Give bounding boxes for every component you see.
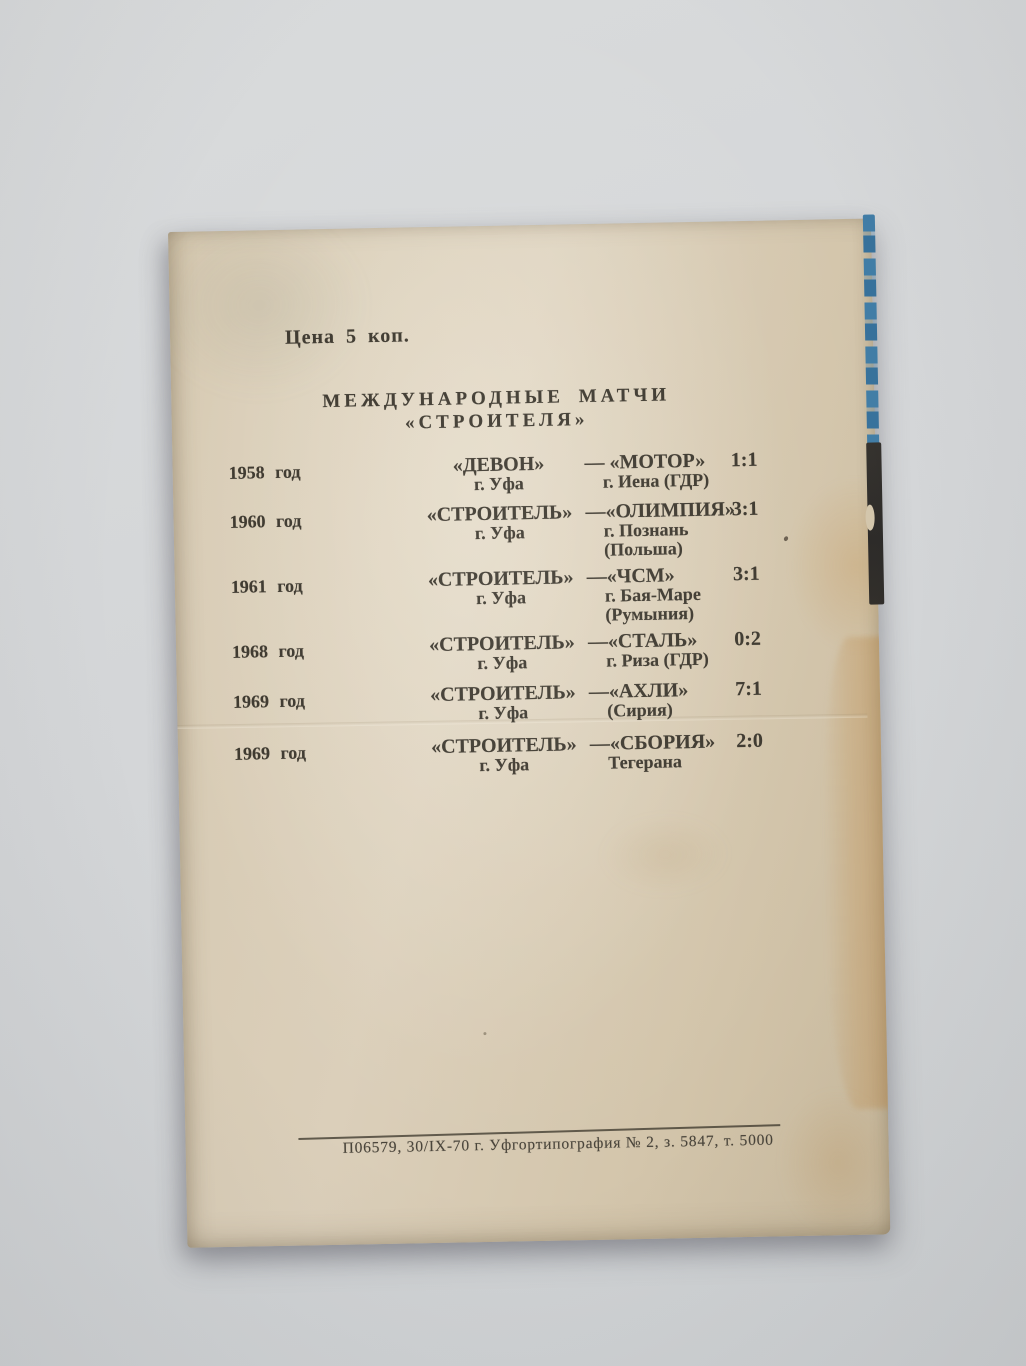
match-year: 1960 год [229, 511, 301, 531]
match-year: 1968 год [232, 641, 304, 661]
match-year: 1958 год [228, 463, 300, 483]
match-year: 1961 год [231, 576, 303, 596]
match-row: 1969 год «СТРОИТЕЛЬ» г. Уфа —«АХЛИ» (Сир… [177, 678, 837, 691]
match-score: 3:1 [700, 500, 758, 520]
match-score: 1:1 [699, 451, 757, 471]
match-score: 3:1 [702, 565, 760, 585]
guest-team-city: (Сирия) [589, 698, 774, 721]
guest-team-lines: г. Бая-Маре(Румыния) [587, 583, 773, 625]
match-row: 1960 год «СТРОИТЕЛЬ» г. Уфа —«ОЛИМПИЯ» г… [173, 498, 833, 511]
home-team: «СТРОИТЕЛЬ» г. Уфа [415, 568, 588, 609]
guest-team-lines: г. Иена (ГДР) [585, 469, 770, 492]
match-year: 1969 год [234, 743, 306, 763]
guest-team-city: Тегерана [590, 750, 775, 773]
home-team: «СТРОИТЕЛЬ» г. Уфа [416, 633, 589, 674]
home-team: «СТРОИТЕЛЬ» г. Уфа [417, 683, 590, 724]
guest-team-lines: Тегерана [590, 750, 775, 773]
guest-team-lines: г. Познань(Польша) [586, 518, 772, 560]
match-row: 1969 год «СТРОИТЕЛЬ» г. Уфа —«СБОРИЯ» Те… [178, 730, 838, 743]
photo-backdrop: Цена 5 коп. МЕЖДУНАРОДНЫЕ МАТЧИ «СТРОИТЕ… [0, 0, 1026, 1366]
match-row: 1968 год «СТРОИТЕЛЬ» г. Уфа —«СТАЛЬ» г. … [176, 628, 836, 641]
guest-team-lines: (Сирия) [589, 698, 774, 721]
guest-team-city: (Румыния) [587, 602, 772, 625]
match-score: 0:2 [703, 630, 761, 650]
match-score: 2:0 [705, 732, 763, 752]
guest-team-city: (Польша) [586, 537, 771, 560]
match-year: 1969 год [233, 691, 305, 711]
matches-table: 1958 год «ДЕВОН» г. Уфа — «МОТОР» г. Иен… [168, 219, 890, 1248]
home-team: «СТРОИТЕЛЬ» г. Уфа [418, 735, 591, 776]
guest-team-city: г. Риза (ГДР) [588, 648, 773, 671]
guest-team-lines: г. Риза (ГДР) [588, 648, 773, 671]
home-team: «ДЕВОН» г. Уфа [412, 454, 585, 495]
match-row: 1961 год «СТРОИТЕЛЬ» г. Уфа —«ЧСМ» г. Ба… [175, 563, 835, 576]
match-row: 1958 год «ДЕВОН» г. Уфа — «МОТОР» г. Иен… [172, 449, 832, 462]
home-team: «СТРОИТЕЛЬ» г. Уфа [413, 503, 586, 544]
guest-team-city: г. Иена (ГДР) [585, 469, 770, 492]
home-team-city: г. Уфа [413, 473, 585, 495]
match-score: 7:1 [704, 680, 762, 700]
program-back-page: Цена 5 коп. МЕЖДУНАРОДНЫЕ МАТЧИ «СТРОИТЕ… [168, 219, 890, 1248]
